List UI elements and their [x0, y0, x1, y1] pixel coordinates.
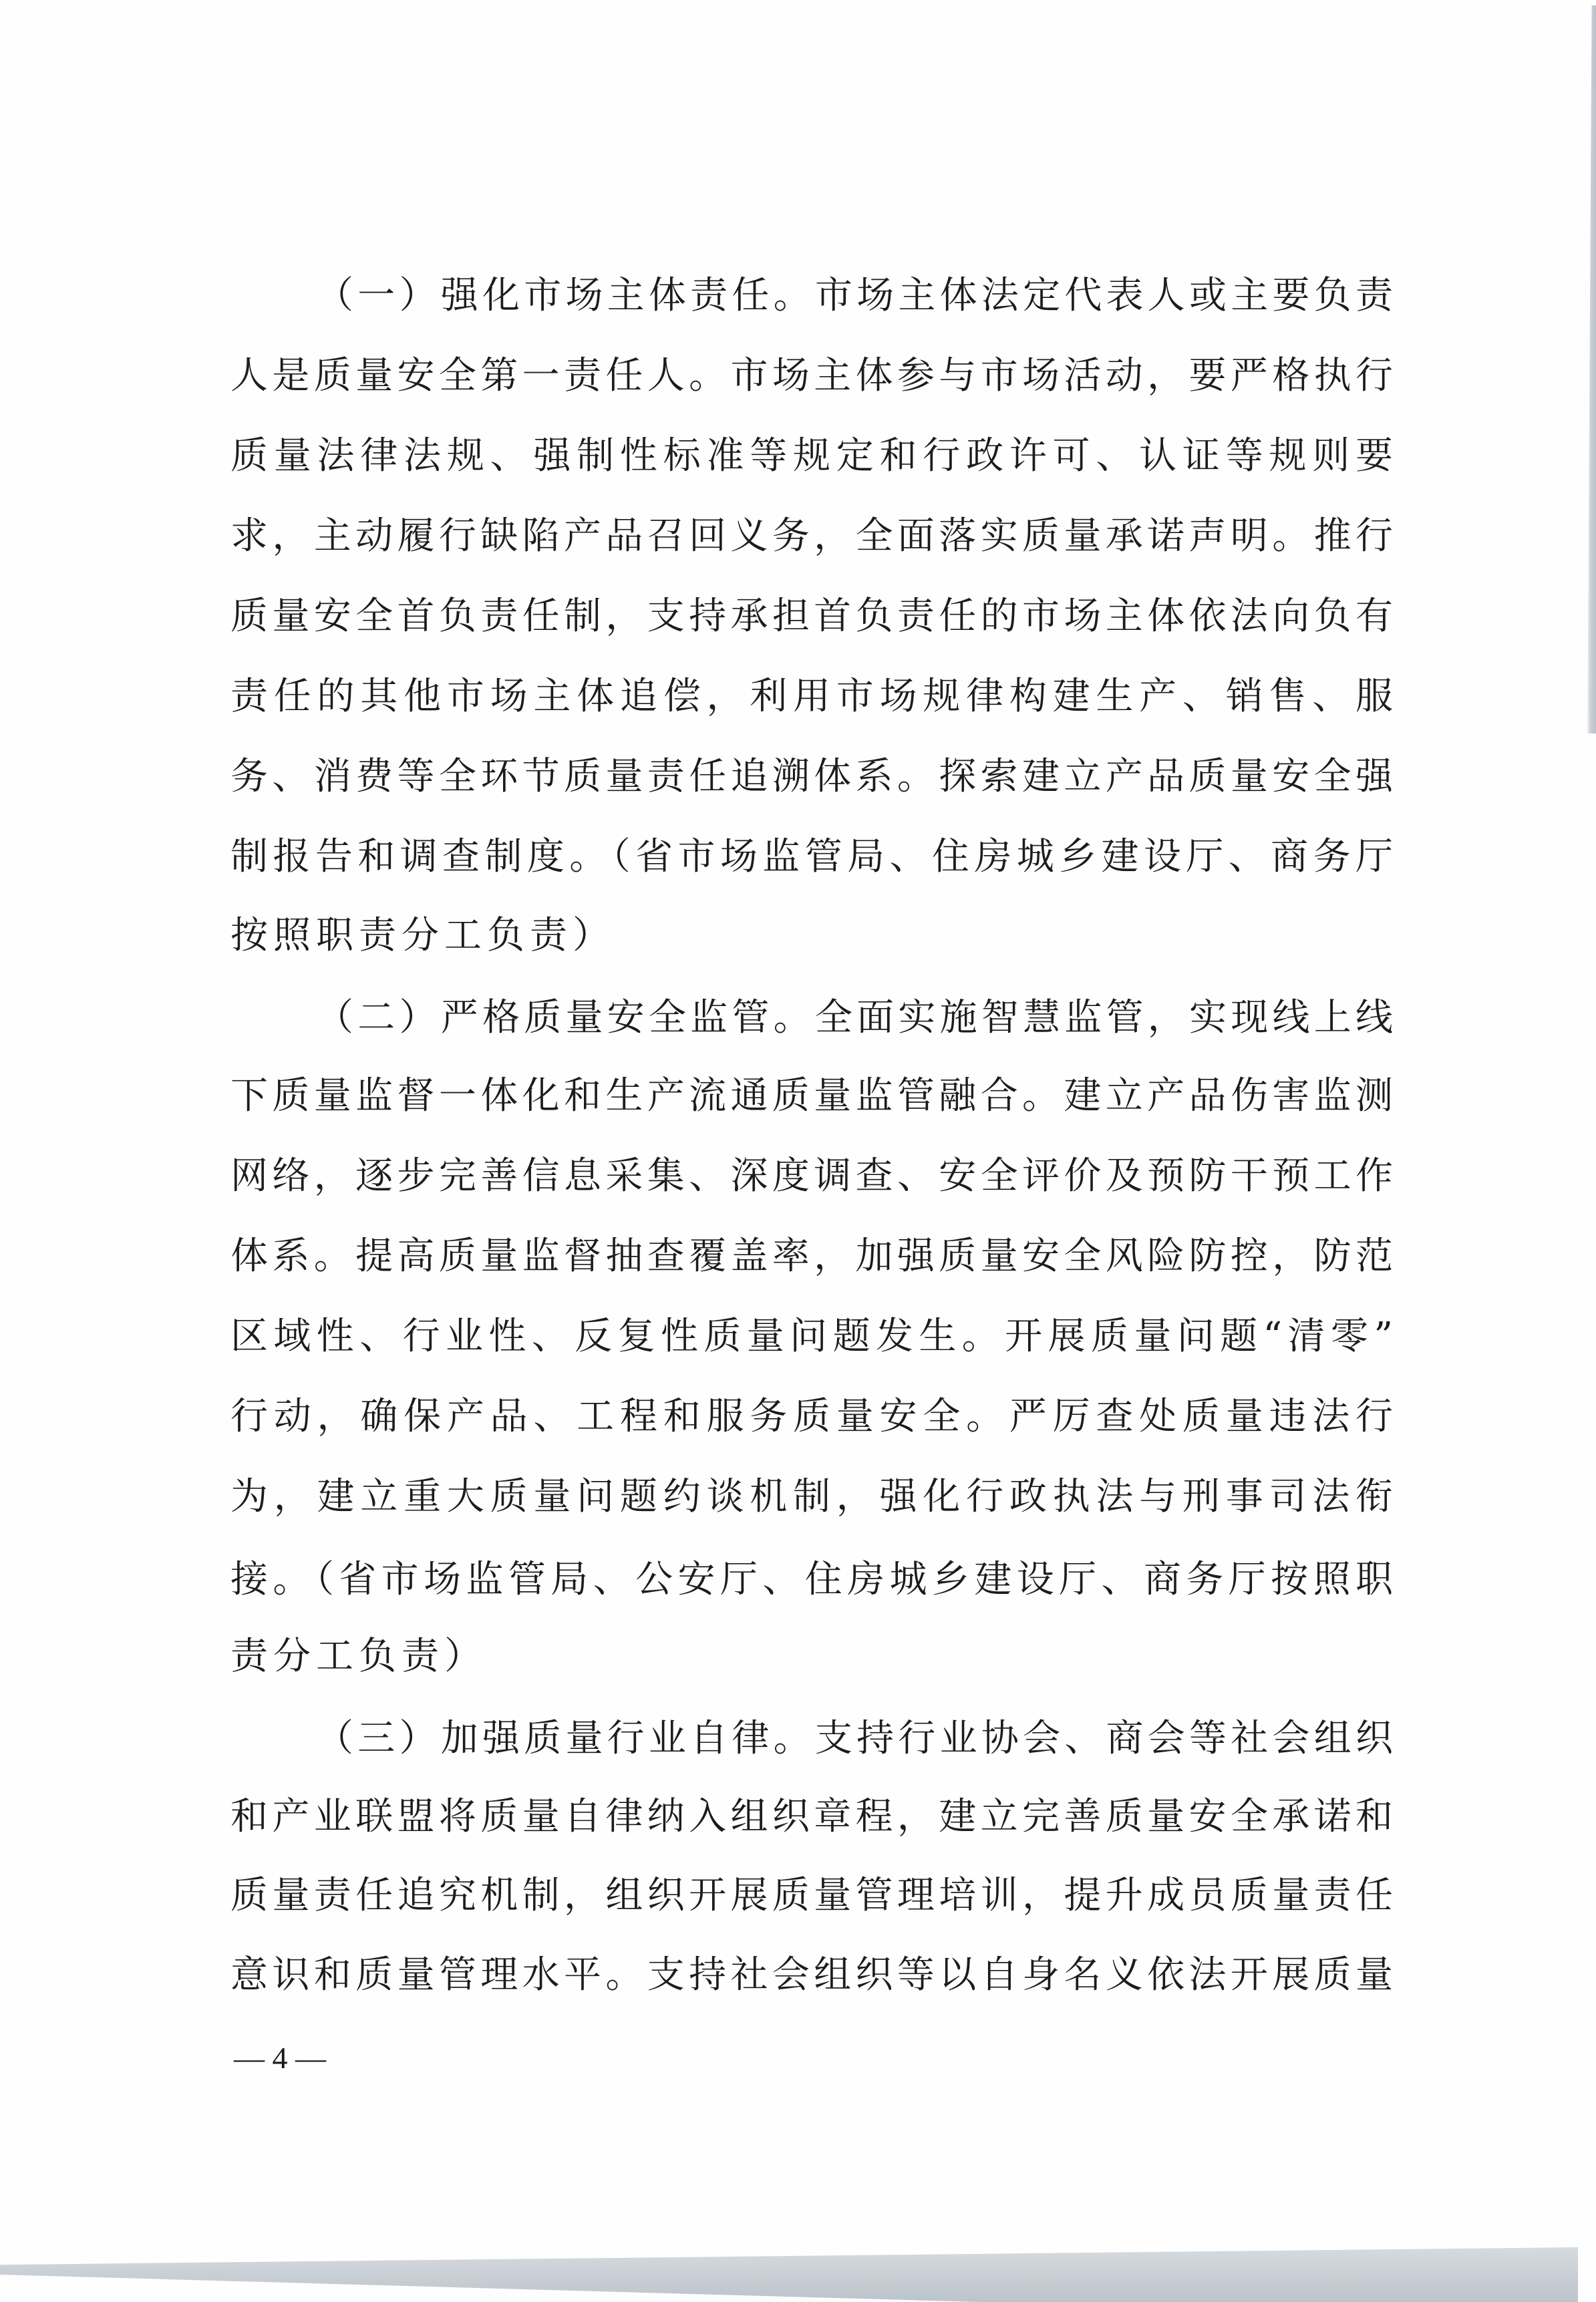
- paragraph-line: （一）强化市场主体责任。市场主体法定代表人或主要负责: [316, 275, 1393, 317]
- paragraph-line: （三）加强质量行业自律。支持行业协会、商会等社会组织: [316, 1717, 1393, 1760]
- paragraph-line: 质量法律法规、强制性标准等规定和行政许可、认证等规则要: [230, 435, 1393, 478]
- scan-edge-shadow: [1585, 5, 1596, 733]
- paragraph-line: 行动，确保产品、工程和服务质量安全。严厉查处质量违法行: [230, 1395, 1393, 1438]
- paragraph-line: 为，建立重大质量问题约谈机制，强化行政执法与刑事司法衔: [230, 1476, 1393, 1518]
- paragraph-line: 体系。提高质量监督抽查覆盖率，加强质量安全风险防控，防范: [230, 1235, 1393, 1278]
- paragraph-line: 下质量监督一体化和生产流通质量监管融合。建立产品伤害监测: [230, 1075, 1393, 1118]
- paragraph-line: 质量责任追究机制，组织开展质量管理培训，提升成员质量责任: [230, 1874, 1393, 1917]
- paragraph-line: 意识和质量管理水平。支持社会组织等以自身名义依法开展质量: [230, 1954, 1393, 1997]
- paragraph-line: 人是质量安全第一责任人。市场主体参与市场活动，要严格执行: [230, 355, 1393, 397]
- paragraph-line: （二）严格质量安全监管。全面实施智慧监管，实现线上线: [316, 997, 1393, 1039]
- page-number: — 4 —: [234, 2041, 326, 2075]
- paragraph-line: 网络，逐步完善信息采集、深度调查、安全评价及预防干预工作: [230, 1155, 1393, 1198]
- paragraph-line: 责任的其他市场主体追偿，利用市场规律构建生产、销售、服: [230, 675, 1393, 718]
- scan-bottom-shadow: [0, 2247, 1578, 2302]
- paragraph-line: 务、消费等全环节质量责任追溯体系。探索建立产品质量安全强: [230, 756, 1393, 798]
- paragraph-line: 区域性、行业性、反复性质量问题发生。开展质量问题“清零”: [230, 1315, 1393, 1358]
- paragraph-line: 和产业联盟将质量自律纳入组织章程，建立完善质量安全承诺和: [230, 1796, 1393, 1838]
- paragraph-line: 接。（省市场监管局、公安厅、住房城乡建设厅、商务厅按照职: [230, 1558, 1393, 1601]
- paragraph-line: 制报告和调查制度。（省市场监管局、住房城乡建设厅、商务厅: [230, 836, 1393, 878]
- document-page: （一）强化市场主体责任。市场主体法定代表人或主要负责 人是质量安全第一责任人。市…: [0, 0, 1596, 2302]
- paragraph-line: 质量安全首负责任制，支持承担首负责任的市场主体依法向负有: [230, 595, 1393, 638]
- paragraph-line: 责分工负责）: [230, 1635, 1393, 1678]
- paragraph-line: 求，主动履行缺陷产品召回义务，全面落实质量承诺声明。推行: [230, 515, 1393, 558]
- paragraph-line: 按照职责分工负责）: [230, 915, 1393, 957]
